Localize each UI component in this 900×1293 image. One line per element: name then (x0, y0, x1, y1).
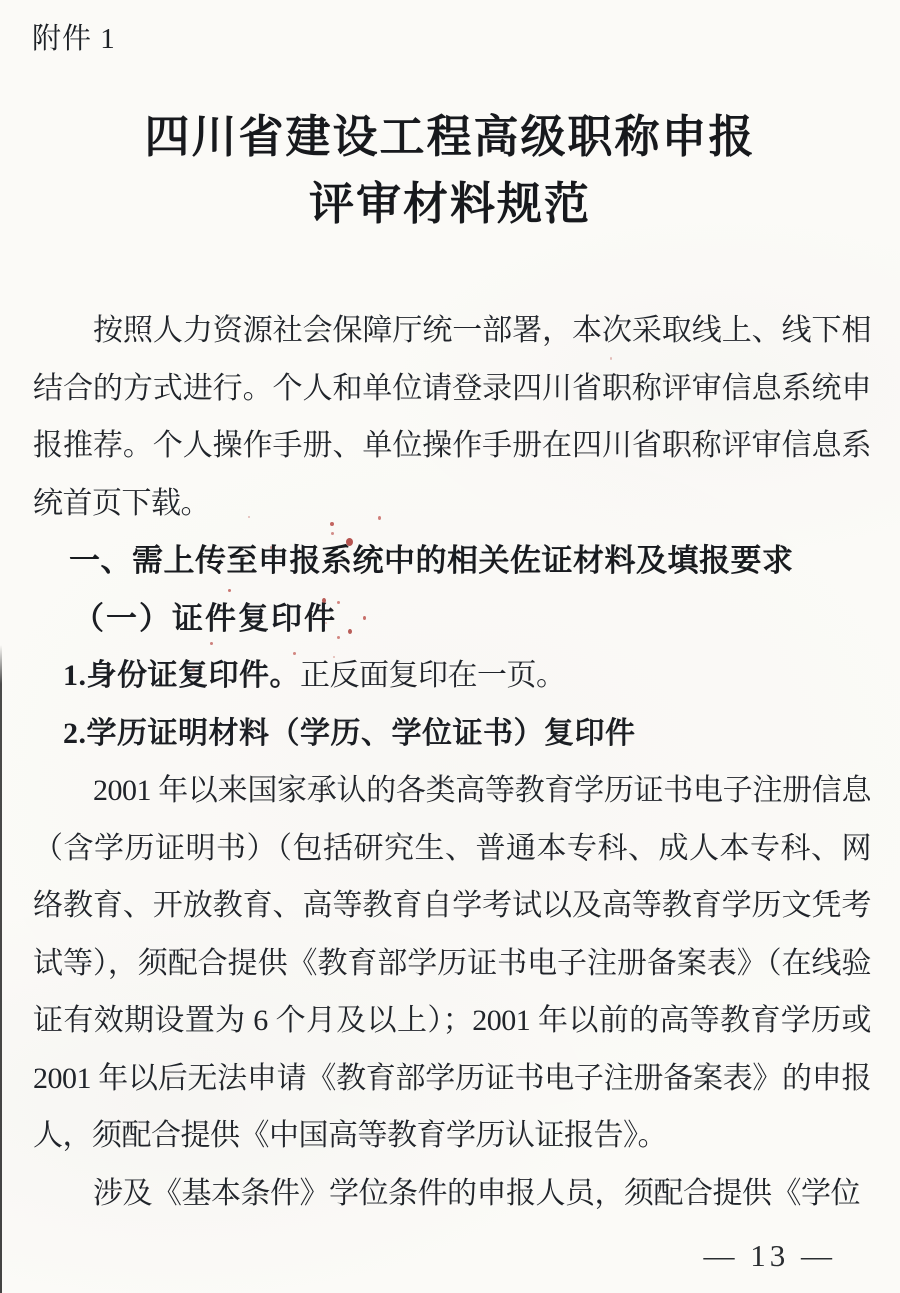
item-id-card-copy-title: 1.身份证复印件。 (63, 659, 300, 692)
document-body: 按照人力资源社会保障厅统一部署，本次采取线上、线下相结合的方式进行。个人和单位请… (33, 302, 871, 1222)
scan-edge-artifact (0, 645, 2, 1293)
document-title-line2: 评审材料规范 (0, 171, 900, 238)
subsection-heading: （一）证件复印件 (33, 590, 871, 648)
attachment-label: 附件 1 (32, 16, 116, 57)
document-title-line1: 四川省建设工程高级职称申报 (0, 104, 900, 171)
item-education-cert-copy: 2.学历证明材料（学历、学位证书）复印件 (33, 705, 871, 763)
item-id-card-copy-text: 正反面复印在一页。 (300, 659, 566, 692)
item-id-card-copy: 1.身份证复印件。正反面复印在一页。 (33, 647, 871, 705)
page-number: — 13 — (704, 1238, 837, 1274)
degree-requirement-paragraph: 涉及《基本条件》学位条件的申报人员，须配合提供《学位 (33, 1165, 871, 1223)
scanned-document-page: 附件 1 四川省建设工程高级职称申报 评审材料规范 按照人力资源社会保障厅统一部… (0, 0, 900, 1293)
education-registration-paragraph: 2001 年以来国家承认的各类高等教育学历证书电子注册信息（含学历证明书）（包括… (33, 762, 871, 1165)
item-education-cert-copy-title: 2.学历证明材料（学历、学位证书）复印件 (63, 717, 636, 750)
document-title: 四川省建设工程高级职称申报 评审材料规范 (0, 104, 900, 238)
intro-paragraph: 按照人力资源社会保障厅统一部署，本次采取线上、线下相结合的方式进行。个人和单位请… (33, 302, 871, 532)
section-heading: 一、需上传至申报系统中的相关佐证材料及填报要求 (33, 532, 871, 590)
